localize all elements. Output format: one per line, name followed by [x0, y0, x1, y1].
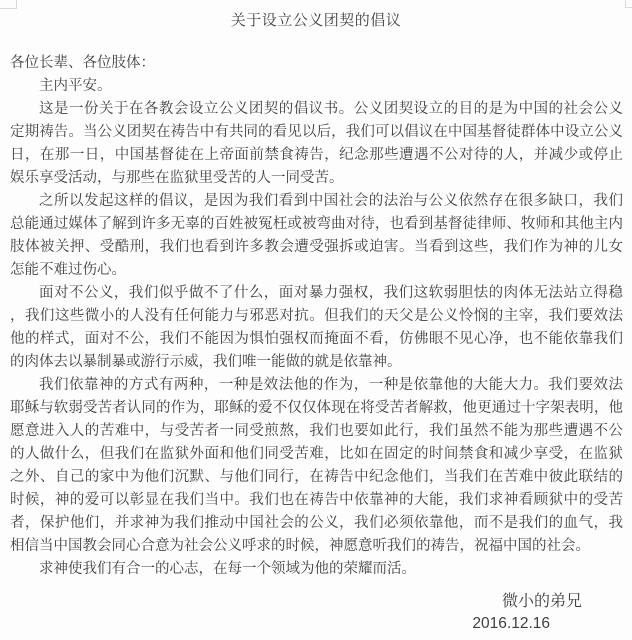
- signature-name: 微小的弟兄: [0, 591, 632, 613]
- text-line: 的人做什么，但我们在监狱外面和他们同受苦难，比如在固定的时间禁食和减少享受，在监…: [10, 443, 623, 466]
- signature-date: 2016.12.16: [0, 613, 632, 635]
- text-line: 总能通过媒体了解到许多无辜的百姓被冤枉或被弯曲对待，也看到基督徒律师、牧师和其他…: [10, 213, 623, 236]
- text-line: 之外、自己的家中为他们沉默、与他们同行，在祷告中纪念他们，当我们在苦难中彼此联结…: [10, 466, 623, 489]
- text-line: 愿意进入人的苦难中，与受苦者一同受煎熬，我们也要如此行，我们虽然不能为那些遭遇不…: [10, 420, 623, 443]
- document-body: 各位长辈、各位肢体：主内平安。这是一份关于在各教会设立公义团契的倡议书。公义团契…: [0, 52, 632, 581]
- document-page: 关于设立公义团契的倡议 各位长辈、各位肢体：主内平安。这是一份关于在各教会设立公…: [0, 0, 632, 640]
- text-line: 主内平安。: [10, 75, 623, 98]
- text-line: 这是一份关于在各教会设立公义团契的倡议书。公义团契设立的目的是为中国的社会公义: [10, 98, 623, 121]
- text-line: 各位长辈、各位肢体：: [10, 52, 623, 75]
- text-line: 怎能不难过伤心。: [10, 259, 623, 282]
- text-line: 时候，神的爱可以彰显在我们当中。我们也在祷告中依靠神的大能，我们求神看顾狱中的受…: [10, 489, 623, 512]
- text-line: 他的样式，面对不公，我们不能因为惧怕强权而掩面不看，仿佛眼不见心净，也不能依靠我…: [10, 328, 623, 351]
- text-line: ，我们这些微小的人没有任何能力与邪恶对抗。但我们的天父是公义怜悯的主宰，我们要效…: [10, 305, 623, 328]
- text-line: 日，在那一日，中国基督徒在上帝面前禁食祷告，纪念那些遭遇不公对待的人，并减少或停…: [10, 144, 623, 167]
- text-line: 定期祷告。当公义团契在祷告中有共同的看见以后，我们可以倡议在中国基督徒群体中设立…: [10, 121, 623, 144]
- text-line: 肢体被关押、受酷刑，我们也看到许多教会遭受强拆或迫害。当看到这些，我们作为神的儿…: [10, 236, 623, 259]
- text-line: 相信当中国教会同心合意为社会公义呼求的时候，神愿意听我们的祷告，祝福中国的社会。: [10, 535, 623, 558]
- document-title: 关于设立公义团契的倡议: [0, 10, 632, 32]
- text-line: 者，保护他们，并求神为我们推动中国社会的公义，我们必须依靠他，而不是我们的血气，…: [10, 512, 623, 535]
- corner-artifact-left-horizontal: [0, 8, 17, 9]
- text-line: 之所以发起这样的倡议，是因为我们看到中国社会的法治与公义依然存在很多缺口，我们: [10, 190, 623, 213]
- corner-artifact-right-horizontal: [625, 7, 632, 8]
- text-line: 娱乐享受活动，与那些在监狱里受苦的人一同受苦。: [10, 167, 623, 190]
- text-line: 我们依靠神的方式有两种，一种是效法他的作为，一种是依靠他的大能大力。我们要效法: [10, 374, 623, 397]
- text-line: 求神使我们有合一的心志，在每一个领域为他的荣耀而活。: [10, 558, 623, 581]
- text-line: 面对不公义，我们似乎做不了什么，面对暴力强权，我们这软弱胆怯的肉体无法站立得稳: [10, 282, 623, 305]
- text-line: 的肉体去以暴制暴或游行示威，我们唯一能做的就是依靠神。: [10, 351, 623, 374]
- text-line: 耶稣与软弱受苦者认同的作为，耶稣的爱不仅仅体现在将受苦者解救，他更通过十字架表明…: [10, 397, 623, 420]
